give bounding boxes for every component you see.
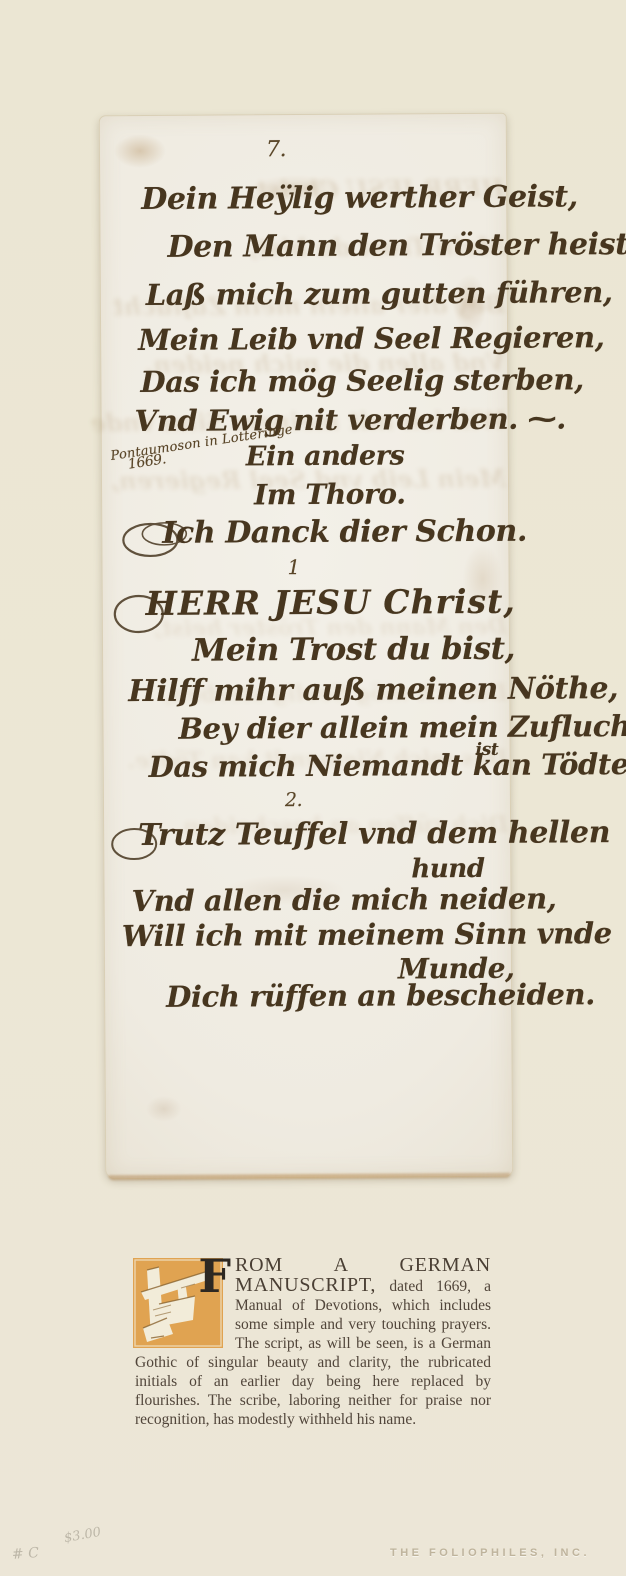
stanza-number: 1	[287, 555, 299, 579]
manuscript-line: Trutz Teuffel vnd dem hellen	[138, 815, 610, 853]
manuscript-line: Mein Leib vnd Seel Regieren,	[138, 320, 604, 357]
stanza-number: 2.	[285, 789, 302, 811]
folio-number: 7.	[266, 137, 286, 162]
paper-stain	[114, 134, 166, 168]
manuscript-line: Ich Danck dier Schon.	[162, 514, 527, 551]
manuscript-line: HERR JESU Christ,	[146, 582, 516, 623]
manuscript-line: Hilff mihr auß meinen Nöthe,	[128, 671, 618, 709]
manuscript-line: Vnd Ewig nit verderben. ⁓.	[135, 401, 567, 438]
manuscript-line: Das mich Niemandt kan Tödte.	[149, 747, 626, 784]
manuscript-line: hund	[411, 854, 484, 884]
manuscript-line: Dein Heÿlig werther Geist,	[141, 179, 578, 217]
printed-caption: F ROM A GERMAN MANUSCRIPT, dated 1669, a…	[135, 1256, 491, 1429]
paper-stain	[146, 1096, 182, 1122]
blind-stamp: THE FOLIOPHILES, INC.	[390, 1547, 620, 1559]
pencil-price: $3.00	[63, 1525, 102, 1546]
manuscript-page: HERR JESU Christ, Mein Trost du bist, Be…	[99, 113, 513, 1179]
pencil-code: # C	[11, 1545, 39, 1563]
section-heading: Ein anders	[246, 440, 405, 472]
manuscript-line: Dich rüffen an bescheiden.	[166, 977, 595, 1014]
manuscript-line: Vnd allen die mich neiden,	[131, 881, 556, 918]
drop-cap-letter: F	[198, 1254, 231, 1298]
section-heading: Im Thoro.	[254, 477, 406, 511]
manuscript-line: Will ich mit meinem Sinn vnde	[122, 916, 612, 953]
manuscript-line: Das ich mög Seelig sterben,	[140, 362, 584, 399]
manuscript-line: Laß mich zum gutten führen,	[146, 275, 613, 312]
manuscript-line: Bey dier allein mein Zuflucht	[178, 709, 626, 746]
manuscript-line: Den Mann den Tröster heist,	[167, 227, 626, 265]
matted-artwork: HERR JESU Christ, Mein Trost du bist, Be…	[0, 0, 626, 1576]
woodcut-initial: F	[133, 1258, 223, 1348]
manuscript-line: Mein Trost du bist,	[192, 631, 515, 669]
